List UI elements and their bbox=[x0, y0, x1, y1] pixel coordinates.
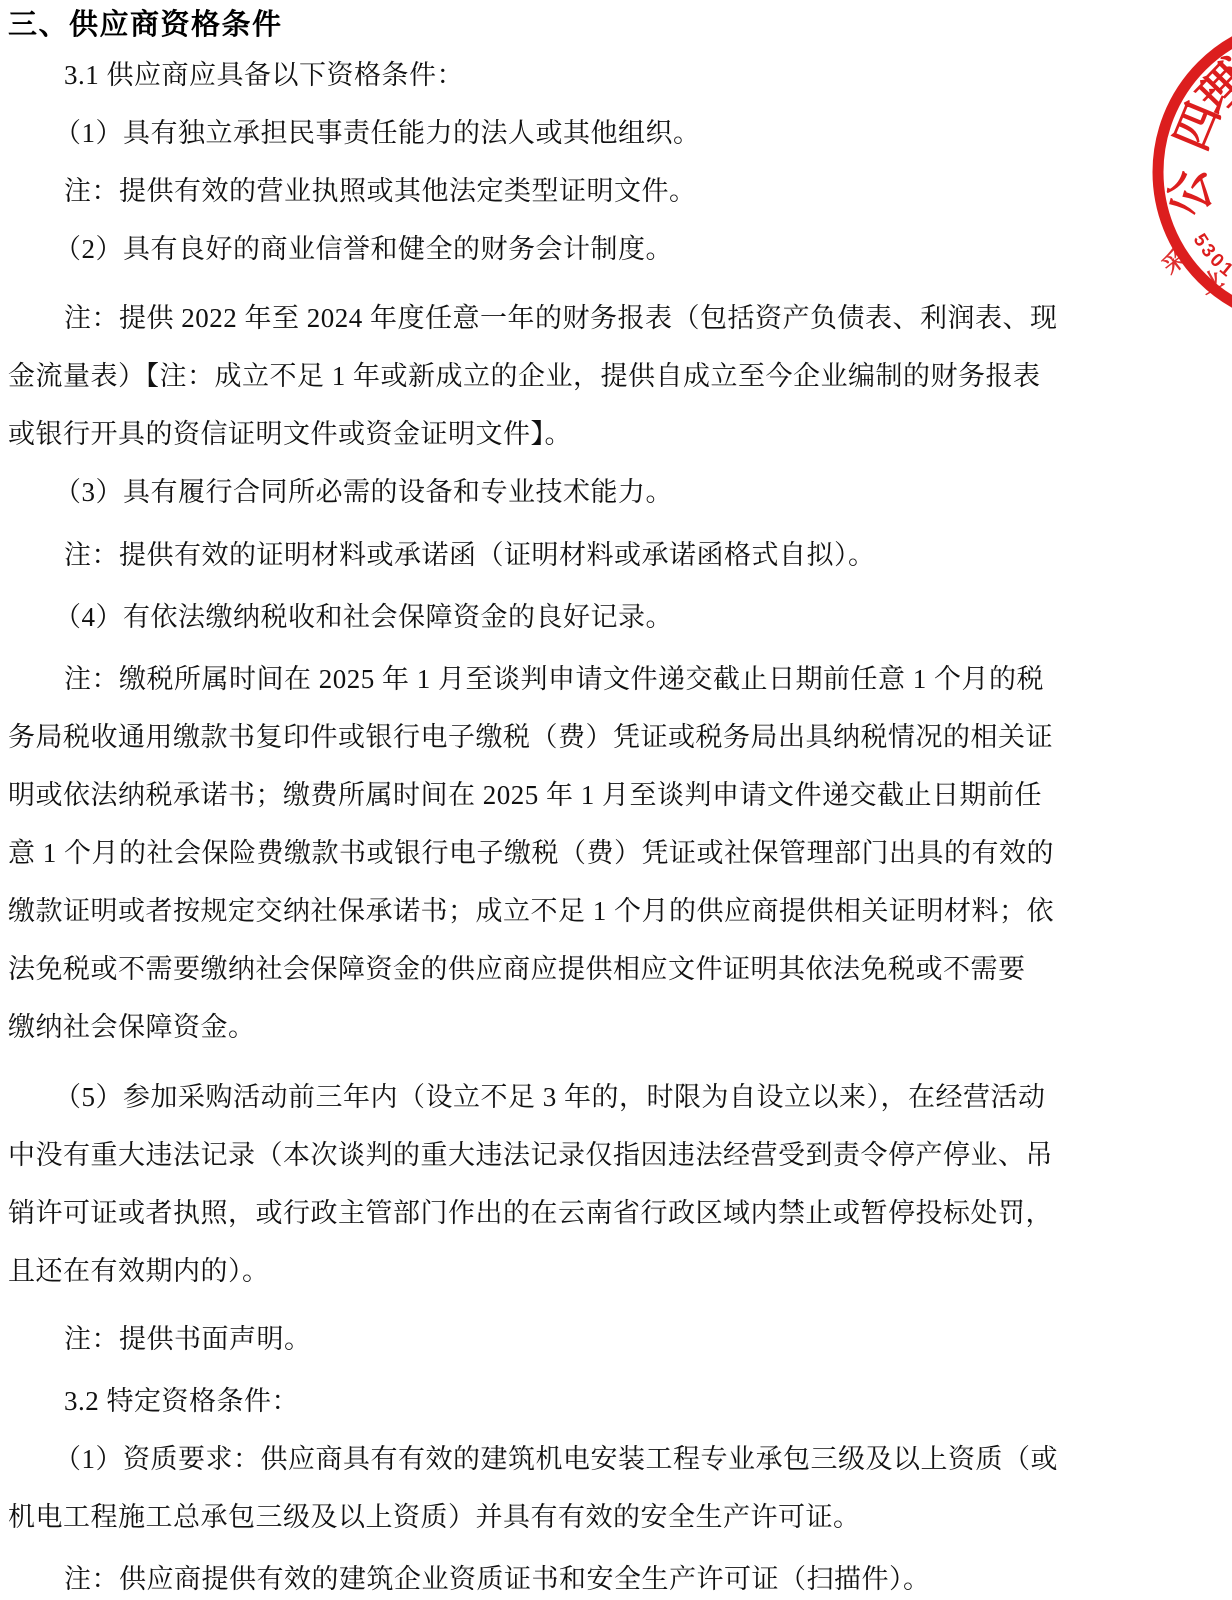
paragraph: 3.1 供应商应具备以下资格条件： bbox=[8, 46, 1224, 104]
text-line: 3.1 供应商应具备以下资格条件： bbox=[8, 46, 1224, 104]
text-line: 缴款证明或者按规定交纳社保承诺书；成立不足 1 个月的供应商提供相关证明材料；依 bbox=[8, 882, 1224, 940]
text-line: 金流量表）【注：成立不足 1 年或新成立的企业，提供自成立至今企业编制的财务报表 bbox=[8, 347, 1224, 405]
paragraph: 注：提供书面声明。 bbox=[8, 1310, 1224, 1368]
text-line: 注：供应商提供有效的建筑企业资质证书和安全生产许可证（扫描件）。 bbox=[8, 1550, 1224, 1600]
paragraph: （1）具有独立承担民事责任能力的法人或其他组织。 bbox=[8, 104, 1224, 162]
paragraph: （2）具有良好的商业信誉和健全的财务会计制度。 bbox=[8, 220, 1224, 278]
paragraph: （1）资质要求：供应商具有有效的建筑机电安装工程专业承包三级及以上资质（或机电工… bbox=[8, 1430, 1224, 1546]
paragraph: 注：供应商提供有效的建筑企业资质证书和安全生产许可证（扫描件）。 bbox=[8, 1550, 1224, 1600]
paragraph: 注：提供有效的营业执照或其他法定类型证明文件。 bbox=[8, 162, 1224, 220]
section-heading: 三、供应商资格条件 bbox=[0, 0, 1232, 46]
text-line: 注：提供有效的证明材料或承诺函（证明材料或承诺函格式自拟）。 bbox=[8, 526, 1224, 584]
text-line: 销许可证或者执照，或行政主管部门作出的在云南省行政区域内禁止或暂停投标处罚， bbox=[8, 1184, 1224, 1242]
text-line: 或银行开具的资信证明文件或资金证明文件】。 bbox=[8, 405, 1224, 463]
text-line: 注：提供有效的营业执照或其他法定类型证明文件。 bbox=[8, 162, 1224, 220]
text-line: （3）具有履行合同所必需的设备和专业技术能力。 bbox=[8, 463, 1224, 521]
paragraph: 注：提供有效的证明材料或承诺函（证明材料或承诺函格式自拟）。 bbox=[8, 526, 1224, 584]
text-line: 注：提供 2022 年至 2024 年度任意一年的财务报表（包括资产负债表、利润… bbox=[8, 289, 1224, 347]
text-line: （2）具有良好的商业信誉和健全的财务会计制度。 bbox=[8, 220, 1224, 278]
text-line: 中没有重大违法记录（本次谈判的重大违法记录仅指因违法经营受到责令停产停业、吊 bbox=[8, 1126, 1224, 1184]
document-page: 三、供应商资格条件 3.1 供应商应具备以下资格条件：（1）具有独立承担民事责任… bbox=[0, 0, 1232, 1600]
paragraph: （5）参加采购活动前三年内（设立不足 3 年的，时限为自设立以来），在经营活动中… bbox=[8, 1068, 1224, 1300]
paragraph: 3.2 特定资格条件： bbox=[8, 1372, 1224, 1430]
text-line: 3.2 特定资格条件： bbox=[8, 1372, 1224, 1430]
paragraph: （3）具有履行合同所必需的设备和专业技术能力。 bbox=[8, 463, 1224, 521]
text-line: （5）参加采购活动前三年内（设立不足 3 年的，时限为自设立以来），在经营活动 bbox=[8, 1068, 1224, 1126]
text-line: 明或依法纳税承诺书；缴费所属时间在 2025 年 1 月至谈判申请文件递交截止日… bbox=[8, 766, 1224, 824]
text-line: 缴纳社会保障资金。 bbox=[8, 998, 1224, 1056]
paragraph: （4）有依法缴纳税收和社会保障资金的良好记录。 bbox=[8, 588, 1224, 646]
text-line: 注：缴税所属时间在 2025 年 1 月至谈判申请文件递交截止日期前任意 1 个… bbox=[8, 650, 1224, 708]
text-line: （4）有依法缴纳税收和社会保障资金的良好记录。 bbox=[8, 588, 1224, 646]
paragraph: 注：提供 2022 年至 2024 年度任意一年的财务报表（包括资产负债表、利润… bbox=[8, 289, 1224, 463]
text-line: 意 1 个月的社会保险费缴款书或银行电子缴税（费）凭证或社保管理部门出具的有效的 bbox=[8, 824, 1224, 882]
text-line: 务局税收通用缴款书复印件或银行电子缴税（费）凭证或税务局出具纳税情况的相关证 bbox=[8, 708, 1224, 766]
paragraph: 注：缴税所属时间在 2025 年 1 月至谈判申请文件递交截止日期前任意 1 个… bbox=[8, 650, 1224, 1056]
text-line: 注：提供书面声明。 bbox=[8, 1310, 1224, 1368]
text-line: （1）资质要求：供应商具有有效的建筑机电安装工程专业承包三级及以上资质（或 bbox=[8, 1430, 1224, 1488]
text-line: 法免税或不需要缴纳社会保障资金的供应商应提供相应文件证明其依法免税或不需要 bbox=[8, 940, 1224, 998]
document-body: 3.1 供应商应具备以下资格条件：（1）具有独立承担民事责任能力的法人或其他组织… bbox=[0, 46, 1232, 1600]
text-line: （1）具有独立承担民事责任能力的法人或其他组织。 bbox=[8, 104, 1224, 162]
text-line: 且还在有效期内的）。 bbox=[8, 1242, 1224, 1300]
text-line: 机电工程施工总承包三级及以上资质）并具有有效的安全生产许可证。 bbox=[8, 1488, 1224, 1546]
